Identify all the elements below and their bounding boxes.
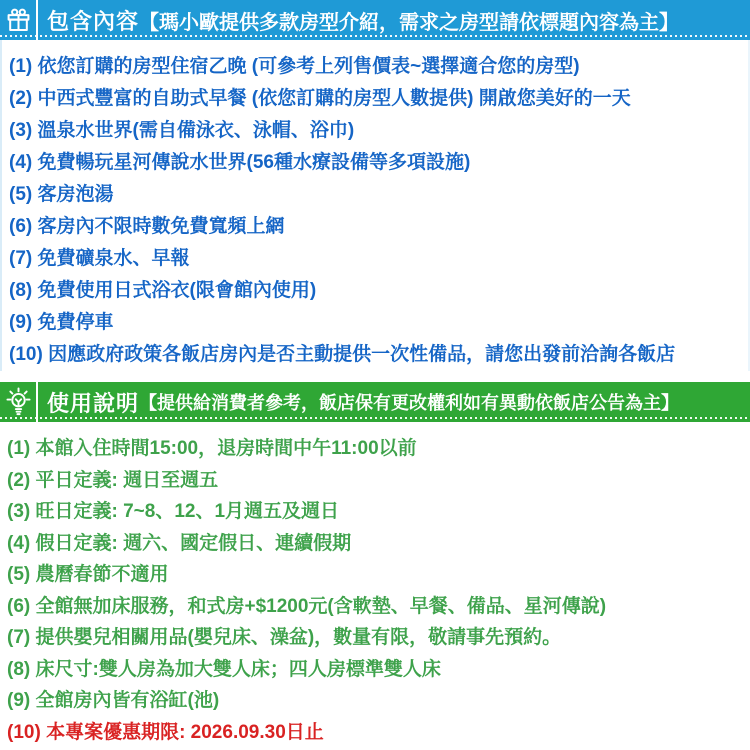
list-item: (9) 全館房內皆有浴缸(池): [7, 685, 746, 717]
list-item: (6) 全館無加床服務，和式房+$1200元(含軟墊、早餐、備品、星河傳說): [7, 591, 746, 623]
list-item: (7) 免費礦泉水、早報: [9, 243, 744, 275]
included-content-title: 包含內容: [47, 5, 139, 36]
header-dotted-line: [0, 35, 750, 37]
lightbulb-icon: [0, 382, 36, 422]
usage-instructions-header: 使用說明【提供給消費者參考，飯店保有更改權利如有異動依飯店公告為主】: [0, 382, 750, 422]
list-item: (4) 假日定義: 週六、國定假日、連續假期: [7, 528, 746, 560]
list-item: (3) 溫泉水世界(需自備泳衣、泳帽、浴巾): [9, 115, 744, 147]
hotel-package-info-page: 包含內容【瑪小歐提供多款房型介紹，需求之房型請依標題內容為主】 (1) 依您訂購…: [0, 0, 750, 750]
list-item: (1) 本館入住時間15:00，退房時間中午11:00以前: [7, 433, 746, 465]
list-item: (9) 免費停車: [9, 307, 744, 339]
usage-instructions-list: (1) 本館入住時間15:00，退房時間中午11:00以前(2) 平日定義: 週…: [0, 422, 750, 748]
usage-instructions-title: 使用說明: [47, 387, 139, 418]
included-content-list: (1) 依您訂購的房型住宿乙晚 (可參考上列售價表~選擇適合您的房型)(2) 中…: [0, 40, 750, 371]
included-content-note: 【瑪小歐提供多款房型介紹，需求之房型請依標題內容為主】: [139, 6, 679, 35]
list-item: (10) 因應政府政策各飯店房內是否主動提供一次性備品，請您出發前洽詢各飯店: [9, 339, 744, 371]
list-item: (1) 依您訂購的房型住宿乙晚 (可參考上列售價表~選擇適合您的房型): [9, 51, 744, 83]
list-item: (2) 平日定義: 週日至週五: [7, 465, 746, 497]
header-dotted-line: [0, 417, 750, 419]
list-item: (7) 提供嬰兒相關用品(嬰兒床、澡盆)，數量有限，敬請事先預約。: [7, 622, 746, 654]
list-item: (4) 免費暢玩星河傳說水世界(56種水療設備等多項設施): [9, 147, 744, 179]
list-item: (8) 免費使用日式浴衣(限會館內使用): [9, 275, 744, 307]
usage-instructions-note: 【提供給消費者參考，飯店保有更改權利如有異動依飯店公告為主】: [139, 389, 679, 415]
list-item: (5) 客房泡湯: [9, 179, 744, 211]
included-content-heading: 包含內容【瑪小歐提供多款房型介紹，需求之房型請依標題內容為主】: [38, 5, 679, 36]
usage-instructions-heading: 使用說明【提供給消費者參考，飯店保有更改權利如有異動依飯店公告為主】: [38, 387, 679, 418]
list-item: (3) 旺日定義: 7~8、12、1月週五及週日: [7, 496, 746, 528]
list-item: (2) 中西式豐富的自助式早餐 (依您訂購的房型人數提供) 開啟您美好的一天: [9, 83, 744, 115]
gift-icon: [0, 0, 36, 40]
included-content-header: 包含內容【瑪小歐提供多款房型介紹，需求之房型請依標題內容為主】: [0, 0, 750, 40]
list-item: (6) 客房內不限時數免費寬頻上網: [9, 211, 744, 243]
list-item: (8) 床尺寸:雙人房為加大雙人床；四人房標準雙人床: [7, 654, 746, 686]
list-item: (5) 農曆春節不適用: [7, 559, 746, 591]
list-item: (10) 本專案優惠期限: 2026.09.30日止: [7, 717, 746, 749]
